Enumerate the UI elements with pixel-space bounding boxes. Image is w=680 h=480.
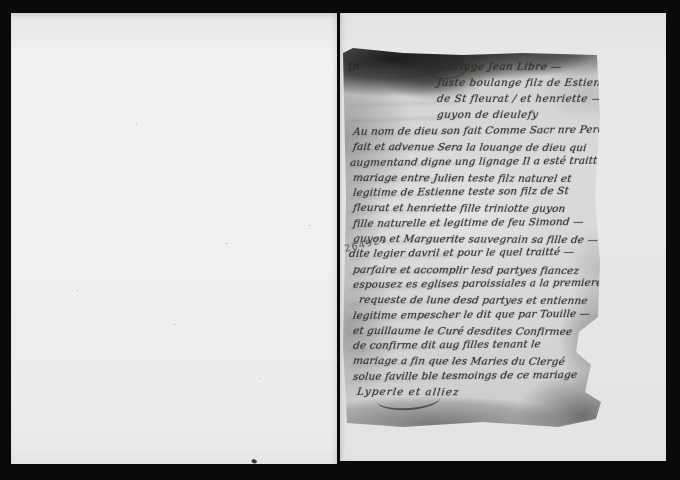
manuscript-line: espousez es eglises paroissiales a la pr… — [352, 276, 602, 293]
microfilm-scan: Dr Mariage Jean Libre — Juste boulange f… — [0, 0, 680, 480]
paper-specks — [226, 243, 227, 244]
heading-line: Juste boulange filz de Estienne — — [436, 75, 604, 91]
manuscript-line: legitime de Estienne teste son filz de S… — [352, 184, 602, 201]
pen-mark — [249, 457, 261, 468]
manuscript-line: legitime empescher le dit que par Touill… — [352, 306, 602, 323]
heading-line: de St fleurat / et henriette — — [436, 91, 604, 107]
body-text: Au nom de dieu son fait Comme Sacr nre P… — [353, 125, 601, 400]
manuscript-line: fille naturelle et legitime de feu Simon… — [352, 215, 602, 232]
manuscript-line: de confirme dit aug filles tenant le — [352, 337, 602, 354]
heading-line: Mariage Jean Libre — — [436, 59, 604, 75]
manuscript-line: solue faville ble tesmoings de ce mariag… — [352, 368, 602, 385]
right-page: Dr Mariage Jean Libre — Juste boulange f… — [340, 13, 666, 461]
manuscript-line: Au nom de dieu son fait Comme Sacr nre P… — [352, 123, 602, 140]
manuscript-line: dite legier davril et pour le quel trait… — [348, 245, 602, 262]
left-blank-page — [11, 13, 337, 464]
corner-scribble: Dr — [347, 62, 361, 74]
heading-block: Mariage Jean Libre — Juste boulange filz… — [437, 59, 603, 123]
heading-line: guyon de dieulefy — [436, 107, 604, 123]
manuscript-line: augmentand digne ung lignage Il a esté t… — [349, 153, 602, 170]
